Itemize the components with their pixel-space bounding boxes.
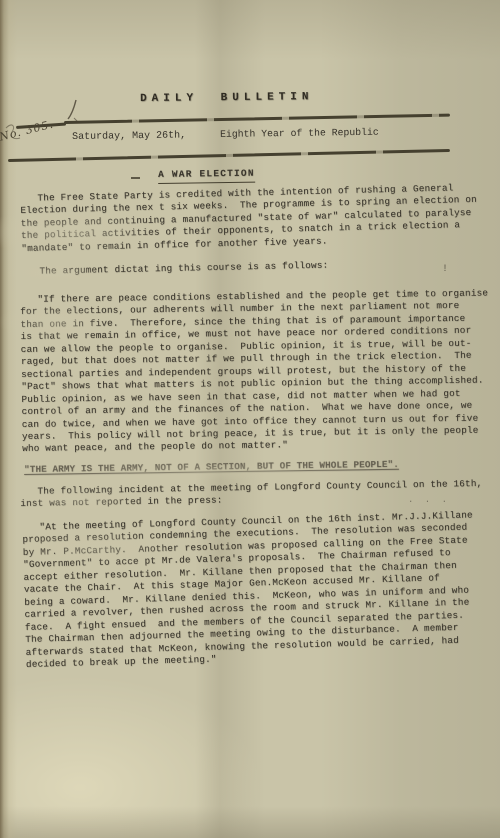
bottom-rule bbox=[8, 149, 450, 162]
article1-heading: A WAR ELECTION bbox=[158, 168, 255, 184]
pencil-tick-mark bbox=[0, 0, 120, 140]
document-page: DAILY BULLETIN No. 305. Saturday, May 26… bbox=[0, 0, 500, 838]
article1-quote: "If there are peace conditions establish… bbox=[20, 287, 490, 455]
top-rule bbox=[64, 114, 450, 124]
issue-number-annotation: No. 305. bbox=[0, 118, 55, 144]
article2-quote: "At the meeting of Longford County Counc… bbox=[22, 509, 477, 671]
dateline-year: Eighth Year of the Republic bbox=[220, 127, 379, 140]
masthead-title: DAILY BULLETIN bbox=[140, 91, 314, 105]
stray-pen-dash bbox=[131, 177, 140, 179]
article2-heading: "THE ARMY IS THE ARMY, NOT OF A SECTION,… bbox=[24, 459, 399, 477]
stray-ink-mark: ! bbox=[442, 264, 448, 275]
article1-paragraph-1: The Free State Party is credited with th… bbox=[20, 182, 478, 255]
dateline: Saturday, May 26th, Eighth Year of the R… bbox=[72, 127, 452, 132]
stray-dot-marks: . . . bbox=[408, 495, 450, 505]
dateline-date: Saturday, May 26th, bbox=[72, 130, 186, 143]
article1-paragraph-2: The argument dictat ing this course is a… bbox=[22, 260, 328, 279]
